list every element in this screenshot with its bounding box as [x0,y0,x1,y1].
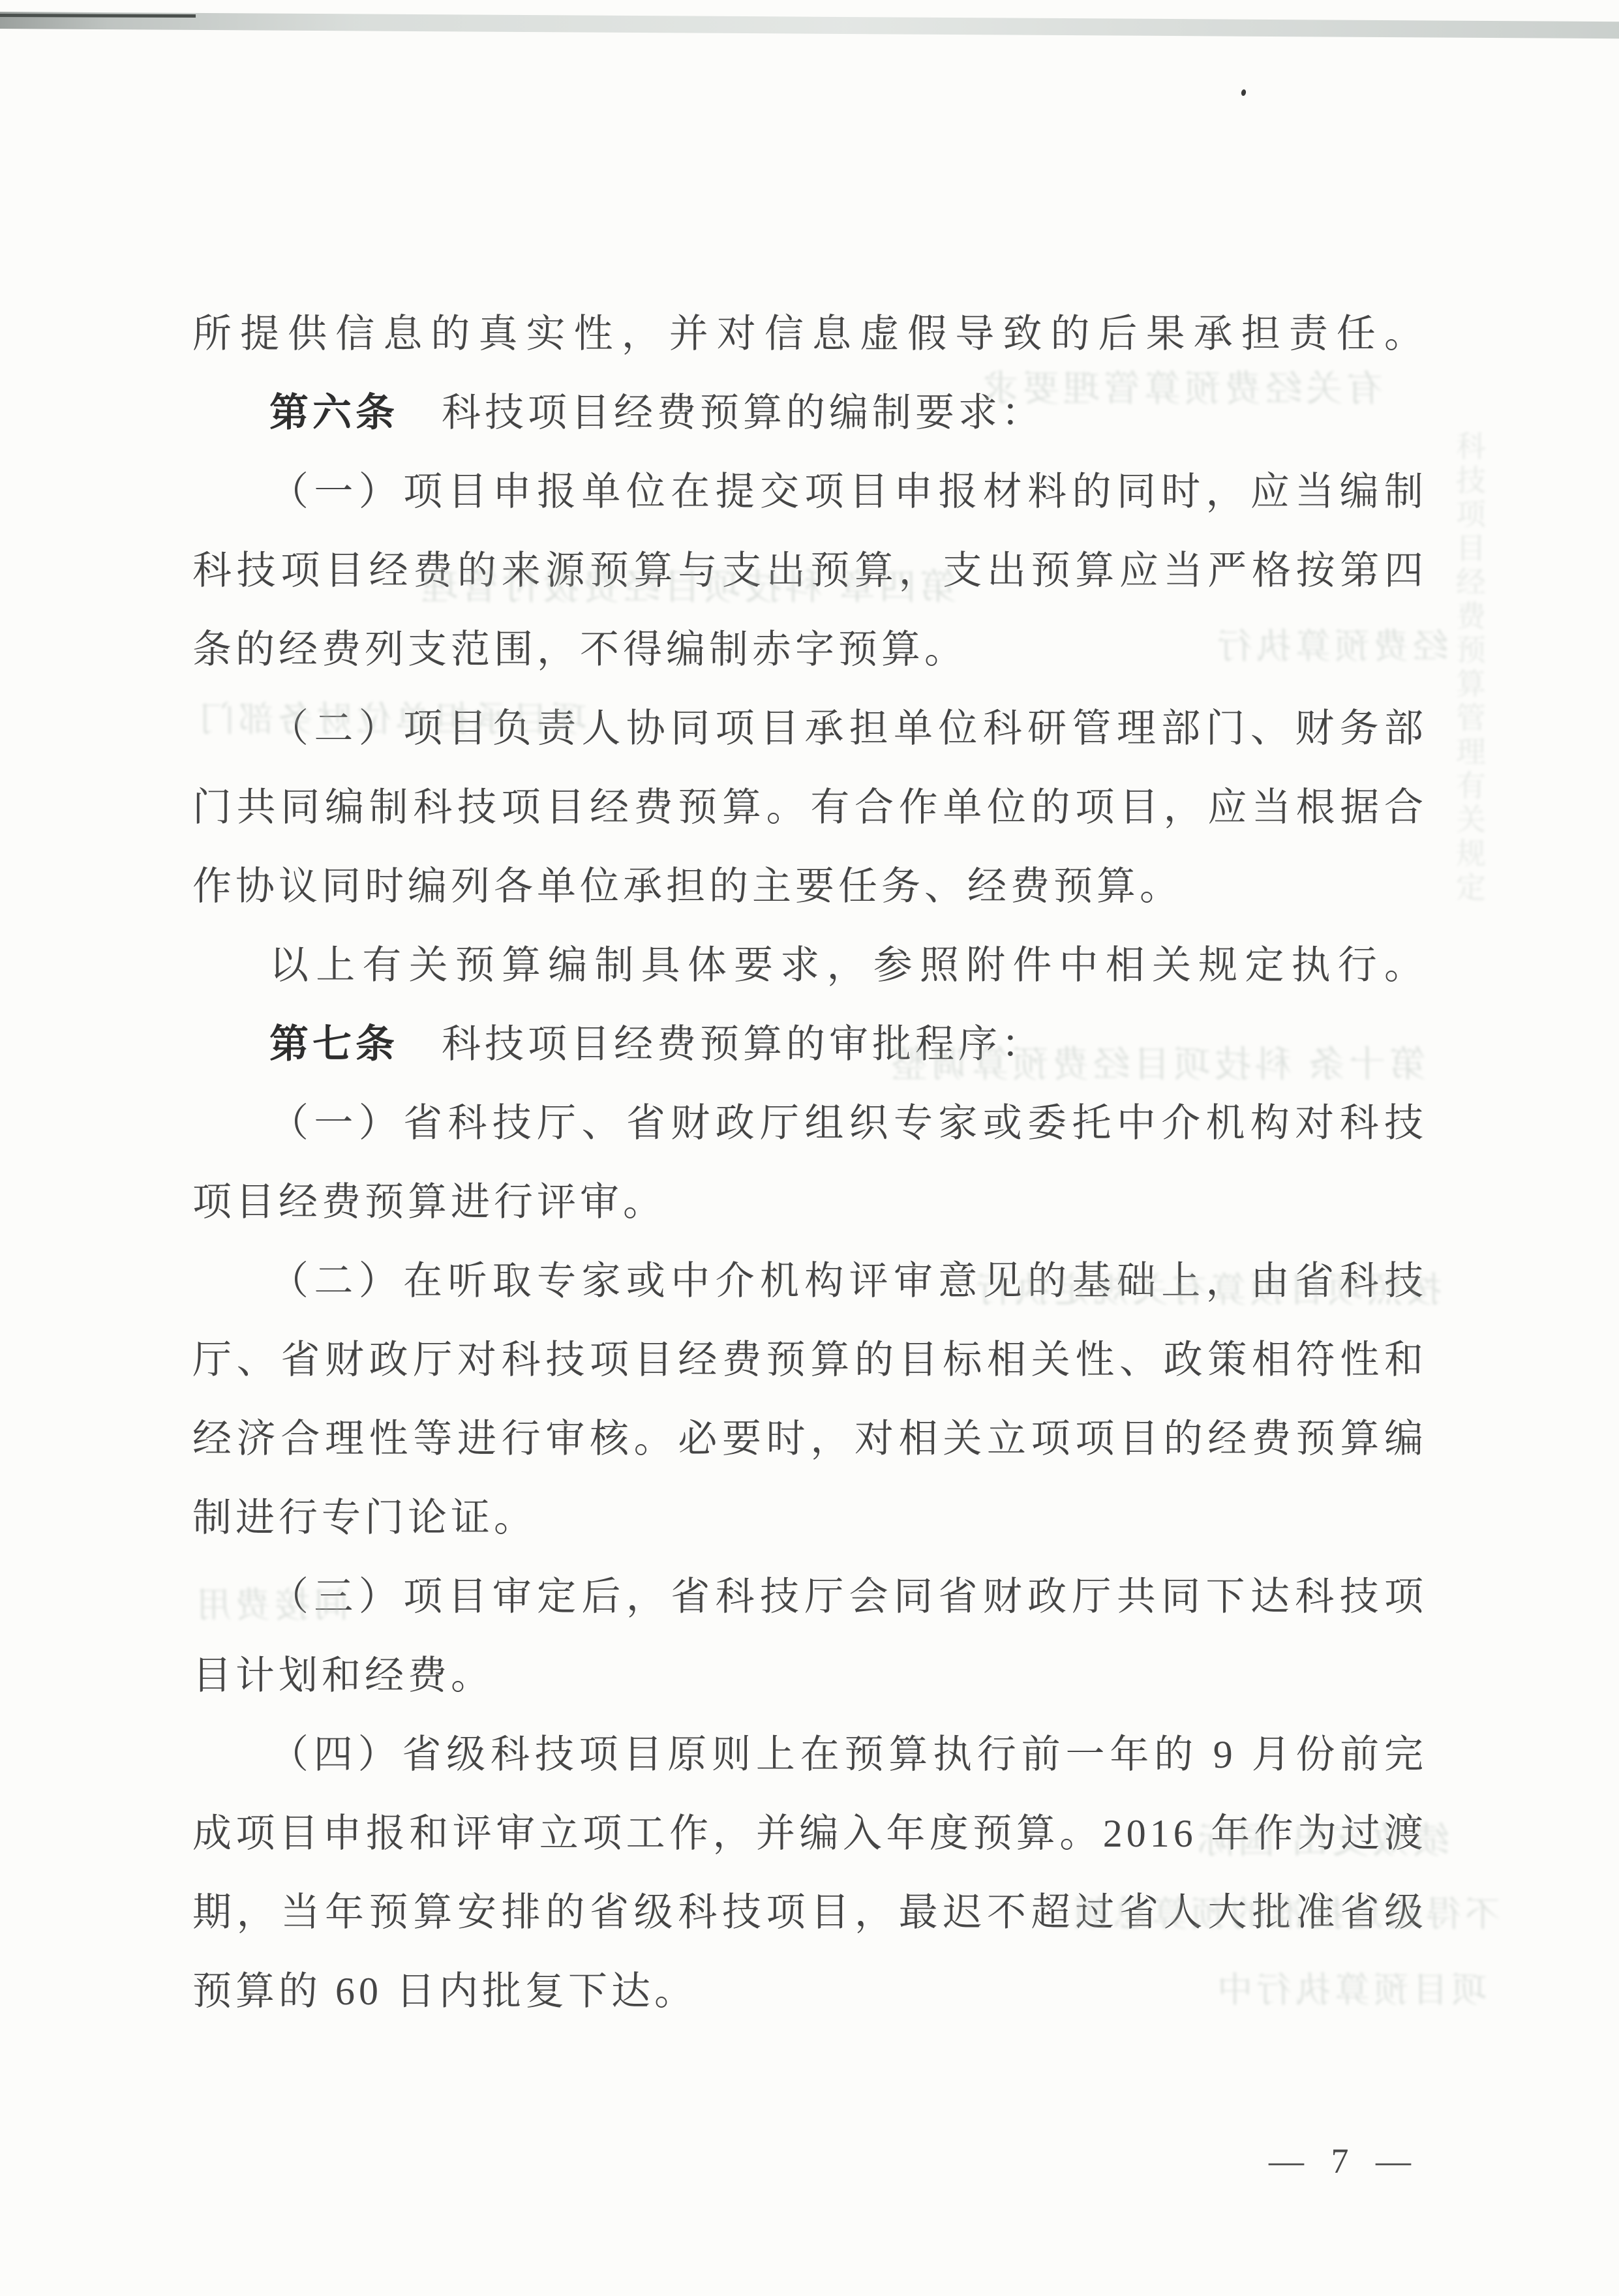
scan-speck [1241,89,1247,96]
line-text: （一）省科技厅、省财政厅组织专家或委托中介机构对科技 [269,1102,1427,1145]
scanned-document-page: — 7 — 所提供信息的真实性，并对信息虚假导致的后果承担责任。第六条 科技项目… [0,0,1619,2296]
bleedthrough-text: 科技项目经费预算管理有关规定 [1447,430,1490,905]
bleedthrough-text: 项目承担单位财务部门 [196,691,587,742]
line-text: （四）省级科技项目原则上在预算执行前一年的 9 月份前完 [269,1733,1427,1776]
line-text: （一）项目申报单位在提交项目申报材料的同时，应当编制 [269,470,1427,513]
line-text: （三）项目审定后，省科技厅会同省财政厅共同下达科技项 [269,1575,1427,1618]
bleedthrough-text: 间接费用 [192,1577,349,1627]
line-text: 以上有关预算编制具体要求，参照附件中相关规定执行。 [269,944,1427,987]
line-text: 经济合理性等进行审核。必要时，对相关立项项目的经费预算编 [192,1417,1427,1460]
line-text: 厅、省财政厅对科技项目经费预算的目标相关性、政策相符性和 [192,1338,1427,1382]
document-line: 目计划和经费。 [192,1637,1427,1715]
article-number: 第七条 [269,1023,399,1066]
document-line: （一）省科技厅、省财政厅组织专家或委托中介机构对科技 [192,1084,1427,1163]
line-text: 门共同编制科技项目经费预算。有合作单位的项目，应当根据合 [192,786,1427,829]
line-text: 项目经费预算进行评审。 [192,1181,666,1224]
document-line: （三）项目审定后，省科技厅会同省财政厅共同下达科技项 [192,1558,1427,1637]
document-line: 项目经费预算进行评审。 [192,1163,1427,1242]
line-text: 预算的 60 日内批复下达。 [192,1970,697,2013]
bleedthrough-text: 第四章 科技项目经费拨付管理 [417,558,956,611]
document-line: 以上有关预算编制具体要求，参照附件中相关规定执行。 [192,926,1427,1005]
line-text: 制进行专门论证。 [192,1496,537,1539]
line-text: 科技项目经费预算的编制要求： [399,391,1044,434]
scanner-edge-line [0,14,196,18]
bleedthrough-text: 有关经费预算管理要求 [978,360,1383,412]
document-line: 经济合理性等进行审核。必要时，对相关立项项目的经费预算编 [192,1400,1427,1479]
bleedthrough-text: 绩效支出 国际 [1194,1812,1449,1864]
bleedthrough-text: 项目预算执行中 [1213,1962,1487,2012]
document-line: （四）省级科技项目原则上在预算执行前一年的 9 月份前完 [192,1715,1427,1794]
bleedthrough-text: 不得超过批准的预算总额 [1070,1886,1500,1937]
document-line: 厅、省财政厅对科技项目经费预算的目标相关性、政策相符性和 [192,1321,1427,1400]
article-number: 第六条 [269,391,399,434]
line-text: 作协议同时编列各单位承担的主要任务、经费预算。 [192,865,1183,908]
bleedthrough-text: 第十条 科技项目经费预算调整 [887,1036,1426,1088]
document-line: 门共同编制科技项目经费预算。有合作单位的项目，应当根据合 [192,768,1427,847]
scanner-edge-band [0,12,1619,38]
page-number: — 7 — [1269,2141,1420,2181]
document-line: （一）项目申报单位在提交项目申报材料的同时，应当编制 [192,453,1427,532]
bleedthrough-text: 按照项目预算有关规定执行 [972,1262,1442,1312]
line-text: 所提供信息的真实性，并对信息虚假导致的后果承担责任。 [192,312,1427,355]
bleedthrough-text: 经费预算执行 [1213,618,1448,669]
line-text: 目计划和经费。 [192,1654,494,1697]
document-line: 制进行专门论证。 [192,1479,1427,1558]
line-text: 条的经费列支范围，不得编制赤字预算。 [192,628,967,671]
document-line: 作协议同时编列各单位承担的主要任务、经费预算。 [192,847,1427,926]
